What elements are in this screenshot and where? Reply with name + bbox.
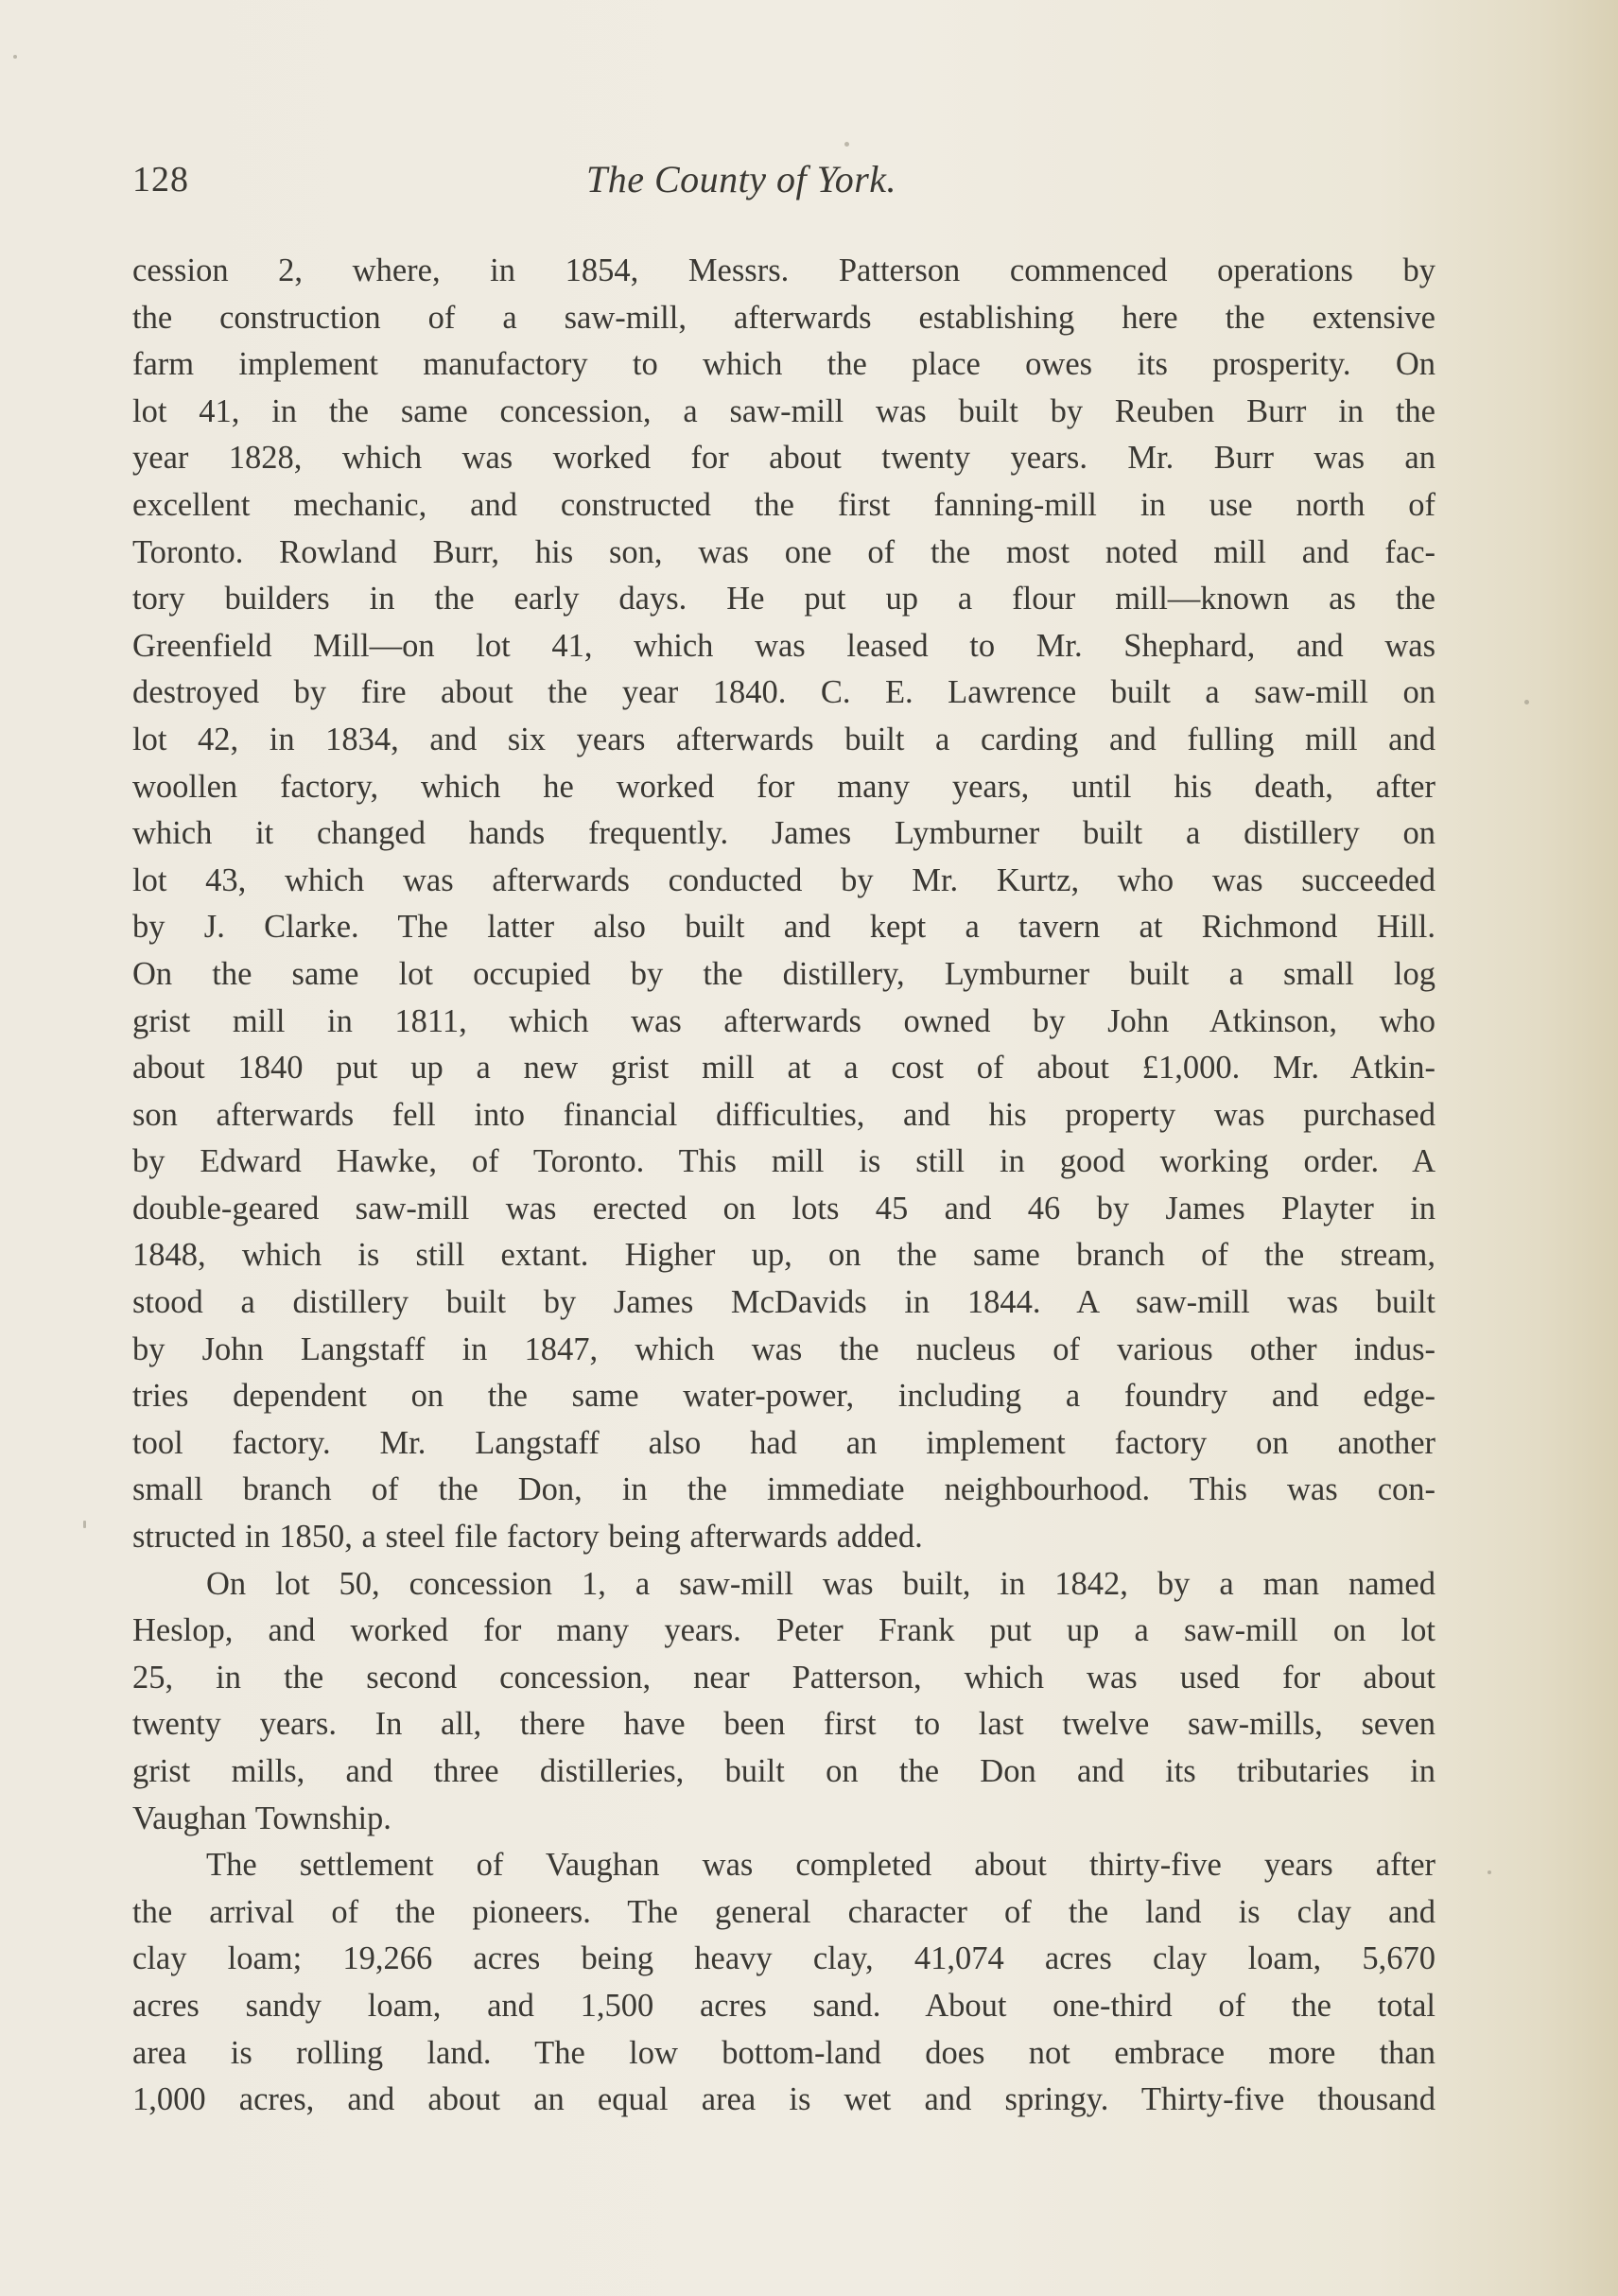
text-line: woollen factory, which he worked for man… (132, 764, 1435, 811)
paragraph-2: On lot 50, concession 1, a saw-mill was … (132, 1561, 1435, 1843)
text-line: by J. Clarke. The latter also built and … (132, 904, 1435, 951)
text-line: the arrival of the pioneers. The general… (132, 1889, 1435, 1937)
text-line: On the same lot occupied by the distille… (132, 951, 1435, 999)
text-line: 1,000 acres, and about an equal area is … (132, 2077, 1435, 2124)
paper-speck (1524, 700, 1529, 704)
text-line: cession 2, where, in 1854, Messrs. Patte… (132, 248, 1435, 295)
text-line: year 1828, which was worked for about tw… (132, 435, 1435, 482)
text-line: small branch of the Don, in the immediat… (132, 1467, 1435, 1514)
text-line: The settlement of Vaughan was completed … (132, 1842, 1435, 1889)
text-line: grist mill in 1811, which was afterwards… (132, 999, 1435, 1046)
text-line: Greenfield Mill—on lot 41, which was lea… (132, 623, 1435, 670)
text-line: tries dependent on the same water-power,… (132, 1373, 1435, 1420)
text-line: Vaughan Township. (132, 1796, 1435, 1843)
paper-speck (13, 55, 17, 59)
text-line: tory builders in the early days. He put … (132, 576, 1435, 623)
text-line: farm implement manufactory to which the … (132, 341, 1435, 389)
text-line: acres sandy loam, and 1,500 acres sand. … (132, 1983, 1435, 2030)
text-line: On lot 50, concession 1, a saw-mill was … (132, 1561, 1435, 1609)
text-line: about 1840 put up a new grist mill at a … (132, 1045, 1435, 1092)
text-line: structed in 1850, a steel file factory b… (132, 1514, 1435, 1561)
body-text: cession 2, where, in 1854, Messrs. Patte… (132, 248, 1435, 2124)
text-line: 1848, which is still extant. Higher up, … (132, 1232, 1435, 1279)
paragraph-3: The settlement of Vaughan was completed … (132, 1842, 1435, 2124)
running-head: 128 The County of York. (132, 159, 1437, 206)
paper-speck (1488, 1870, 1491, 1874)
text-line: by John Langstaff in 1847, which was the… (132, 1327, 1435, 1374)
text-line: which it changed hands frequently. James… (132, 810, 1435, 858)
text-line: grist mills, and three distilleries, bui… (132, 1748, 1435, 1796)
text-line: tool factory. Mr. Langstaff also had an … (132, 1420, 1435, 1468)
text-line: area is rolling land. The low bottom-lan… (132, 2030, 1435, 2078)
book-page: 128 The County of York. cession 2, where… (0, 0, 1618, 2296)
text-line: double-geared saw-mill was erected on lo… (132, 1186, 1435, 1233)
text-line: son afterwards fell into financial diffi… (132, 1092, 1435, 1139)
page-number: 128 (132, 159, 189, 200)
text-line: 25, in the second concession, near Patte… (132, 1655, 1435, 1702)
paper-speck (83, 1521, 86, 1528)
running-title: The County of York. (586, 157, 896, 201)
text-line: lot 43, which was afterwards conducted b… (132, 858, 1435, 905)
text-line: by Edward Hawke, of Toronto. This mill i… (132, 1139, 1435, 1186)
paper-speck (844, 142, 849, 147)
text-line: stood a distillery built by James McDavi… (132, 1279, 1435, 1327)
text-line: twenty years. In all, there have been fi… (132, 1701, 1435, 1748)
text-line: clay loam; 19,266 acres being heavy clay… (132, 1936, 1435, 1983)
text-line: lot 42, in 1834, and six years afterward… (132, 717, 1435, 764)
text-line: lot 41, in the same concession, a saw-mi… (132, 389, 1435, 436)
text-line: Heslop, and worked for many years. Peter… (132, 1608, 1435, 1655)
paragraph-1: cession 2, where, in 1854, Messrs. Patte… (132, 248, 1435, 1561)
text-line: destroyed by fire about the year 1840. C… (132, 670, 1435, 717)
text-line: Toronto. Rowland Burr, his son, was one … (132, 530, 1435, 577)
text-line: the construction of a saw-mill, afterwar… (132, 295, 1435, 342)
text-line: excellent mechanic, and constructed the … (132, 482, 1435, 530)
